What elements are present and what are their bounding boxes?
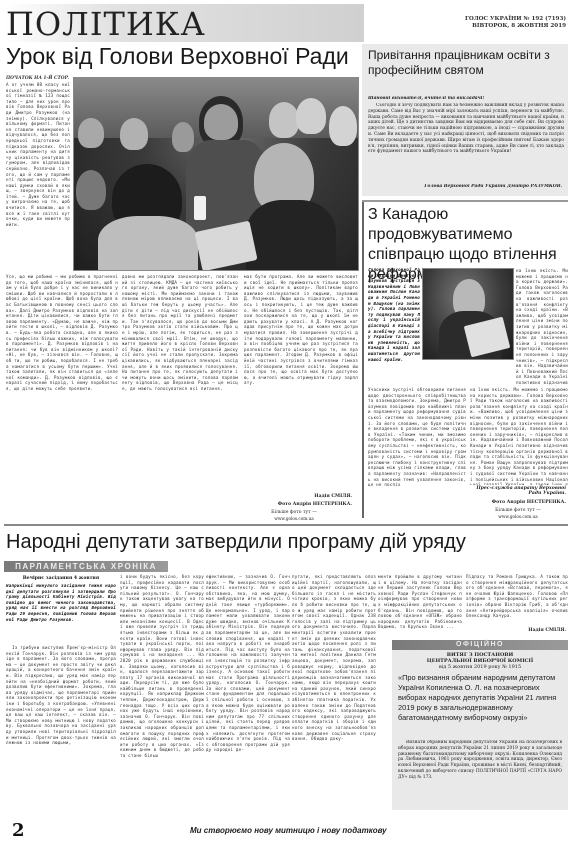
greeting-headline: Привітання працівникам освіти з професій… <box>368 48 564 78</box>
official-heading: «Про визнання обраним народним депутатом… <box>398 673 564 723</box>
canada-photo-credit: Фото Андрія НЕСТЕРЕНКА. <box>470 500 566 505</box>
program-col-1-text: Із трибуни виступив Прем'єр-міністр Олек… <box>6 645 116 813</box>
lesson-more-photos: Більше фото тут — <box>244 510 344 515</box>
program-col-6: Підласу та Романа Грищука. А також про с… <box>466 574 568 626</box>
official-body: Визнати обраним народним депутатом Украї… <box>398 740 562 806</box>
program-col-1: Вечірнє засідання 4 жовтня Наприкінці ми… <box>6 576 116 813</box>
greeting-signature: Голова Верховної Ради України Дмитро РАЗ… <box>368 184 562 190</box>
rubric-parliament-chronicle: ПАРЛАМЕНТСЬКА ХРОНІКА <box>4 561 168 572</box>
program-col-2: і вони будуть якісно, без корупції, проф… <box>120 574 204 810</box>
canada-col-right: на їхню якість. Ми можемо і працюємо на … <box>470 387 568 485</box>
canada-more-photos: Більше фото тут — <box>470 508 566 513</box>
lesson-col-1: ПОЧАТОК НА 1-Й СТОР. А от учням 8В класу… <box>6 76 70 272</box>
lesson-photo <box>73 77 359 271</box>
greeting-body: Сьогодні я хочу подякувати Вам за безмеж… <box>368 103 564 181</box>
canada-col-right-top: на їхню якість. Ми можемо і працюємо на … <box>516 268 568 386</box>
lesson-col-2: давно ми розглядали законопроект, пов'яз… <box>122 274 238 518</box>
program-col-4: путати, які представляють опозиційні пар… <box>292 574 376 810</box>
canada-lead: Голова Верховної Ради України Дмитро Раз… <box>368 267 420 385</box>
program-author: Надія СМІЛЯ. <box>466 628 566 633</box>
program-col-3: ефективною, — зазначив О. Гончарук. — Ми… <box>206 574 290 810</box>
lesson-author: Надія СМІЛЯ. <box>244 494 352 499</box>
canada-body: Учасники зустрічі обговорили питання щод… <box>368 387 466 517</box>
canada-source: Прес-служба апарату Верховної Ради Украї… <box>470 486 566 496</box>
canada-photo <box>422 268 514 360</box>
headline-program: Народні депутати затвердили програму дій… <box>6 530 466 554</box>
lesson-col-3: має бути програма. Але ви можете вислови… <box>244 274 358 470</box>
official-box: ОФІЦІЙНО ВИТЯГ З ПОСТАНОВИ ЦЕНТРАЛЬНОЇ В… <box>392 640 568 810</box>
program-lead: Наприкінці минулого засідання тижня наро… <box>6 583 116 645</box>
rubric-official: ОФІЦІЙНО <box>392 640 568 650</box>
lesson-col-1b: Усе, що ми робимо — ми робимо в прагненн… <box>6 274 118 518</box>
continuation-note: ПОЧАТОК НА 1-Й СТОР. <box>6 76 70 81</box>
footer-slogan: Ми створюємо нову митницю і нову податко… <box>190 826 387 835</box>
paper-issue: ГОЛОС УКРАЇНИ № 192 (7193) <box>465 16 566 23</box>
program-subhead: Вечірнє засідання 4 жовтня <box>6 576 116 582</box>
program-col-5: менти пройшли в другому читанні в цілому… <box>378 574 462 632</box>
official-title-3: від 5 жовтня 2019 року № 1915 <box>396 664 564 670</box>
lesson-photo-credit: Фото Андрія НЕСТЕРЕНКА. <box>244 502 352 507</box>
section-title-bar: ПОЛІТИКА <box>4 4 364 42</box>
headline-lesson: Урок від Голови Верховної Ради <box>6 42 366 70</box>
canada-top-rule <box>362 200 568 202</box>
issue-info: ГОЛОС УКРАЇНИ № 192 (7193) ВІВТОРОК, 8 Ж… <box>465 16 566 30</box>
page-number: 2 <box>12 820 25 841</box>
canada-site-link[interactable]: www.golos.com.ua <box>470 514 566 519</box>
greeting-salutation: Шановні вихователі, вчителі та викладачі… <box>368 96 564 102</box>
section-title: ПОЛІТИКА <box>4 5 206 43</box>
canada-left-rule <box>362 200 364 518</box>
section-divider <box>4 524 568 526</box>
lesson-col-1-text: А от учням 8В класу київської романо-гер… <box>6 82 70 270</box>
greeting-box: Привітання працівникам освіти з професій… <box>362 44 568 196</box>
lesson-site-link[interactable]: www.golos.com.ua <box>244 516 344 521</box>
issue-date: ВІВТОРОК, 8 ЖОВТНЯ 2019 <box>465 23 566 30</box>
